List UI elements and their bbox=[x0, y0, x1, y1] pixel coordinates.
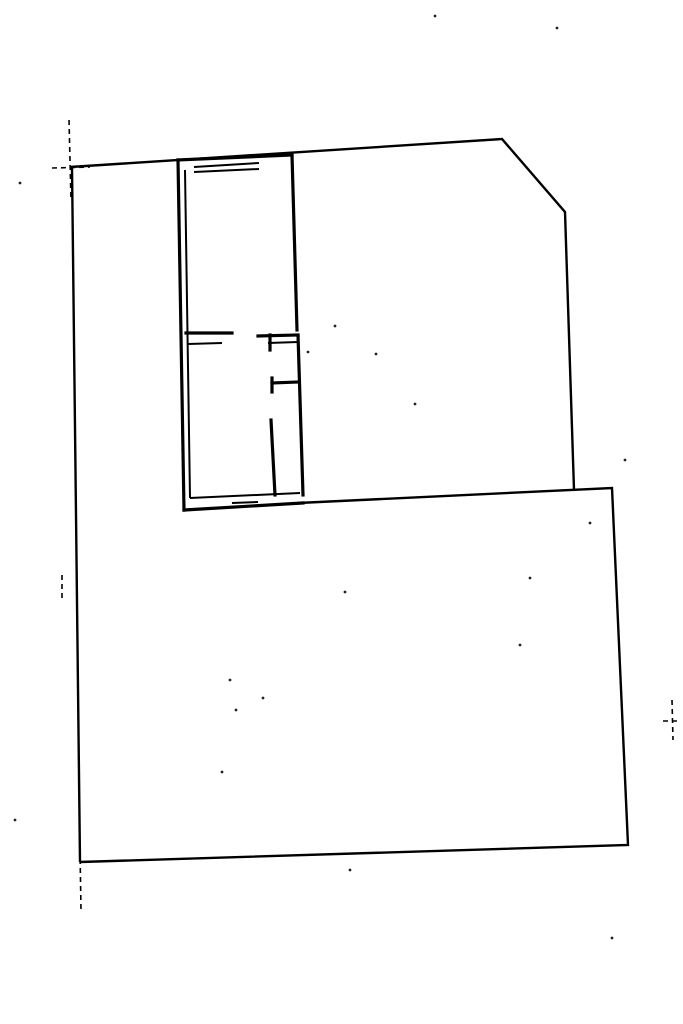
floor-plan-drawing bbox=[0, 0, 683, 1024]
survey-marks bbox=[52, 120, 680, 910]
annex-boundary bbox=[80, 488, 628, 862]
building-footprint bbox=[178, 155, 303, 510]
scan-specks bbox=[14, 15, 627, 940]
site-boundary bbox=[70, 139, 574, 862]
